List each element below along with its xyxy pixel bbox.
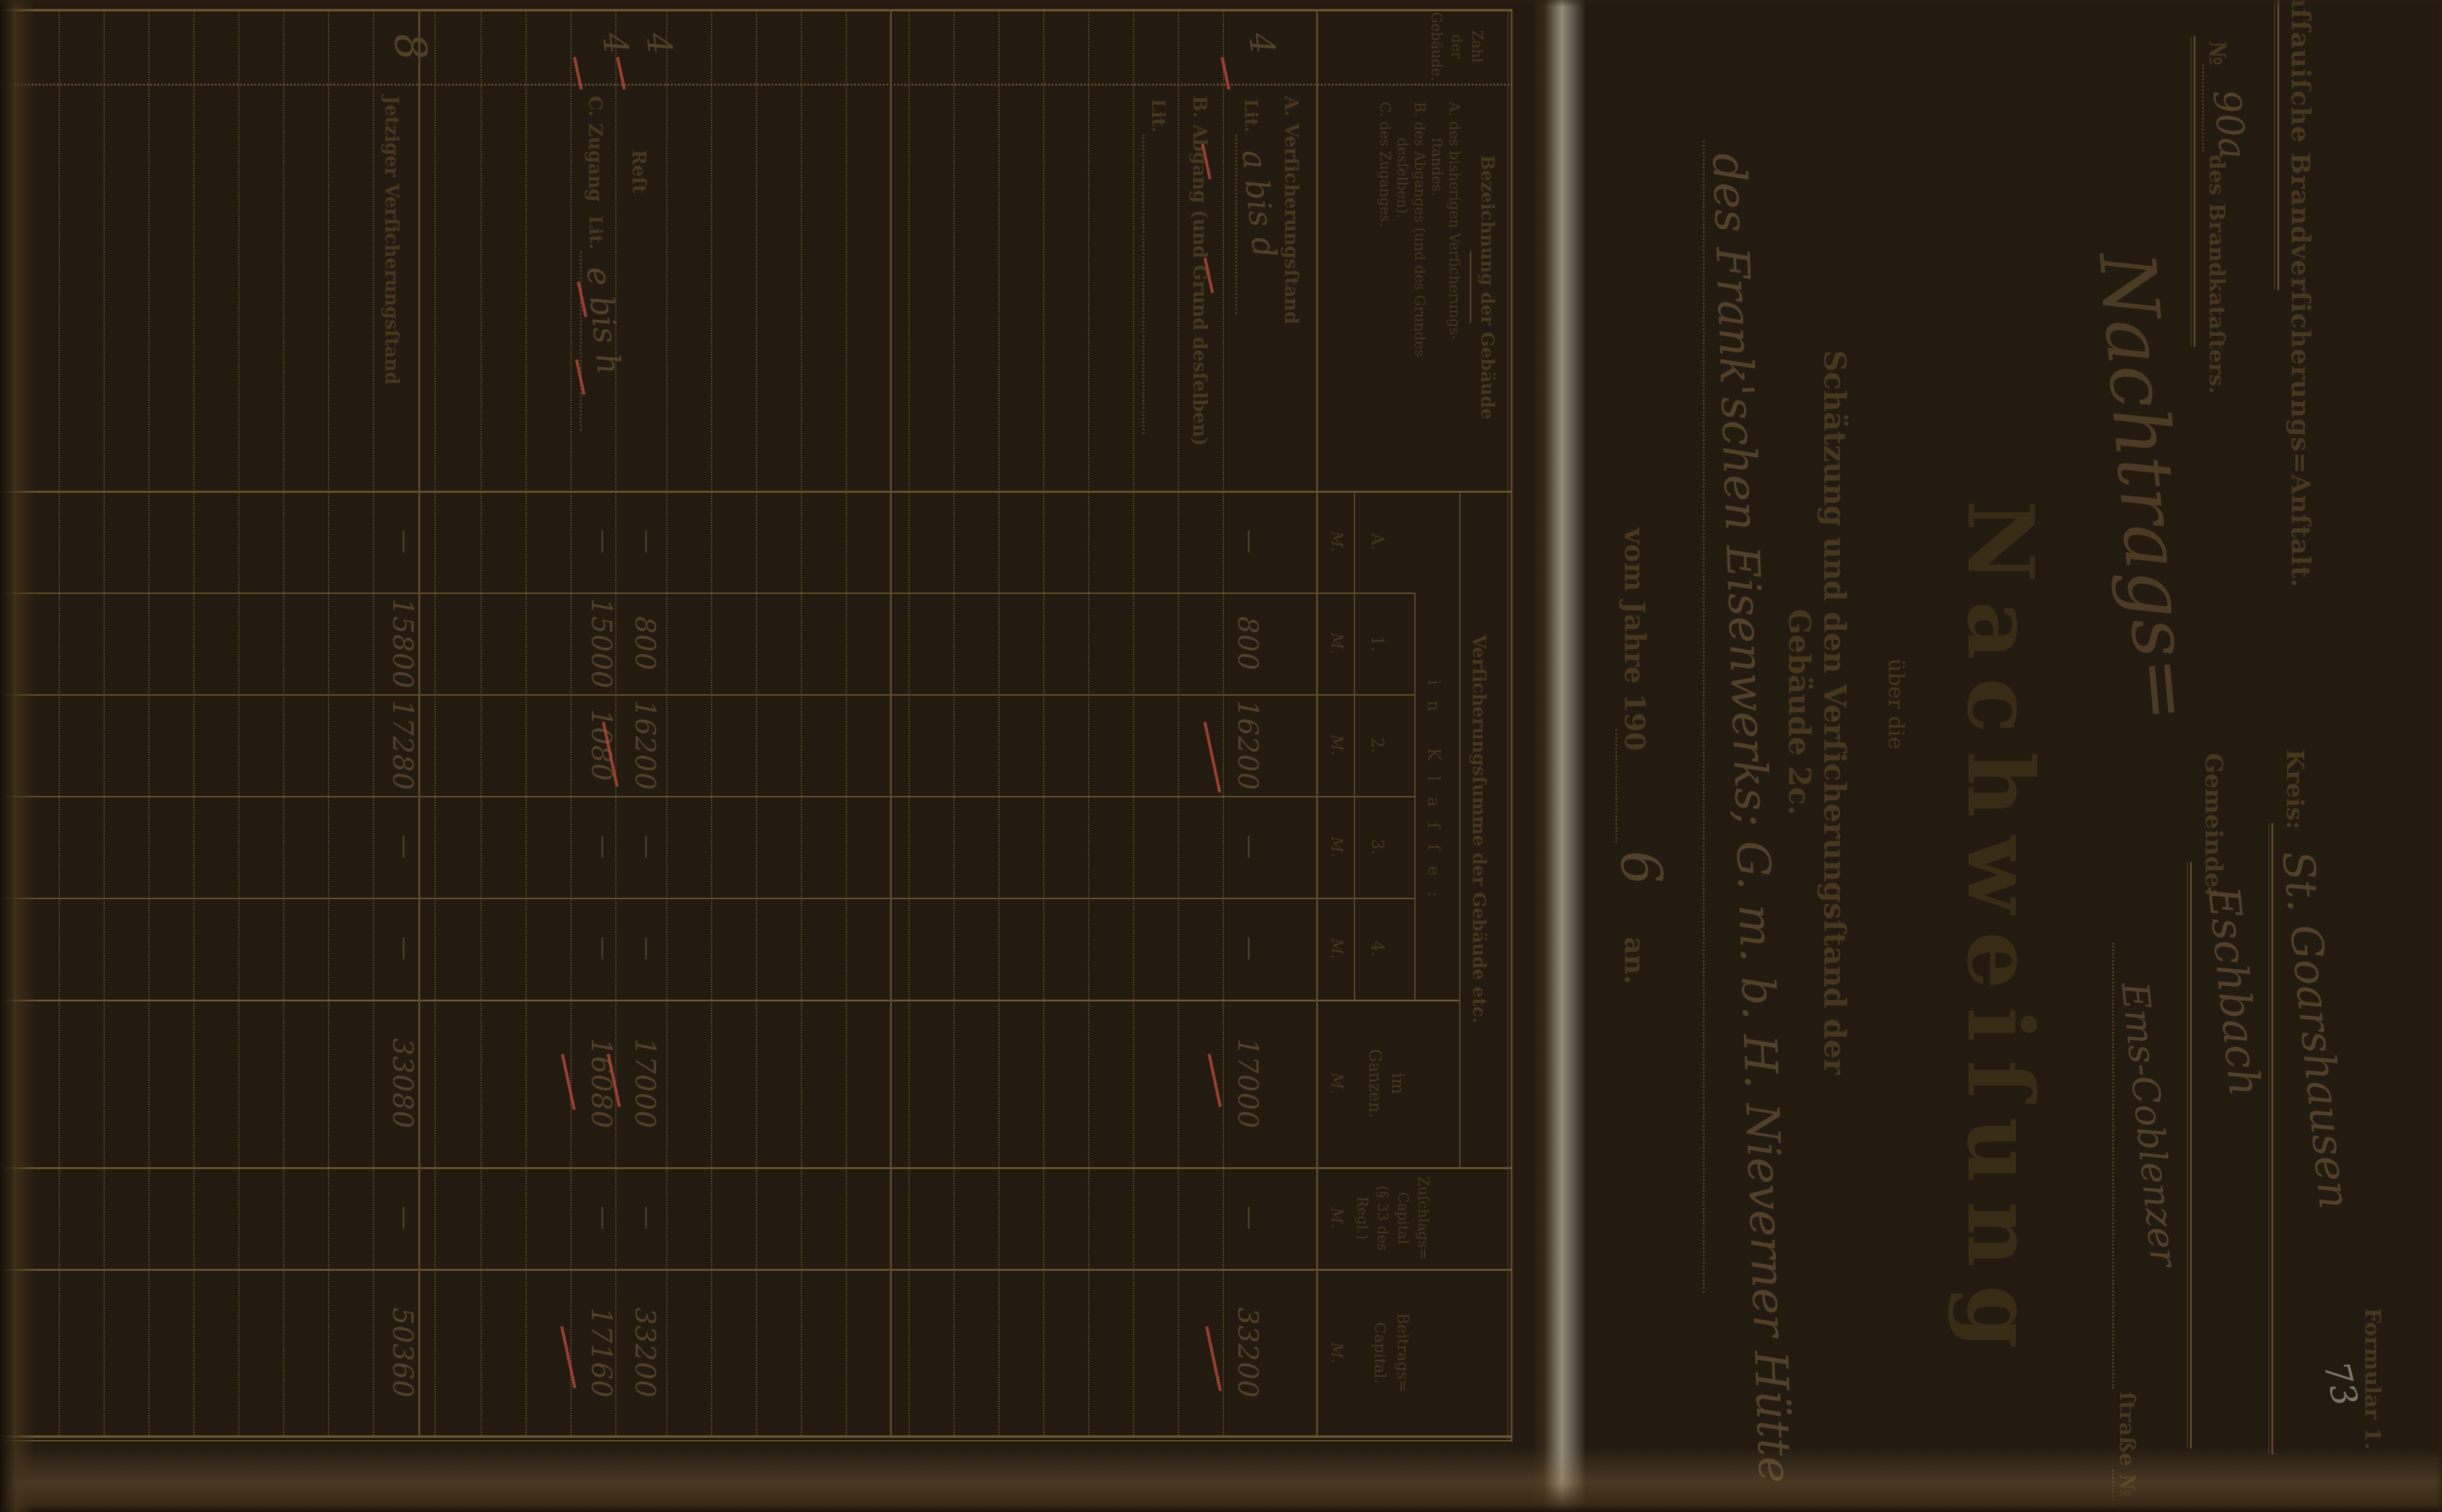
row-dotted-line (1088, 9, 1089, 1435)
vom-jahre-post: an. (1618, 937, 1651, 984)
lit-dotted-line (1143, 135, 1144, 434)
row-dotted-line (666, 9, 667, 1435)
row-dotted-line (526, 9, 527, 1435)
klasse-underline (1414, 593, 1416, 1000)
row-lit-label: Lit. (1147, 99, 1168, 133)
zuschlag-header: Regl.) (1354, 1167, 1371, 1269)
row-dotted-line (59, 9, 60, 1435)
in-klasse-header: in Klaſſe: (1424, 617, 1444, 976)
brandkataster-no-label: № (2204, 41, 2231, 65)
form-sheet: Formular 1. 73 Naſſauiſche Brandverſiche… (0, 0, 2442, 1512)
formular-number: Formular 1. (2360, 1308, 2385, 1450)
row-label-bestand: A. Verſicherungsſtand (1280, 96, 1302, 324)
zahl-handwritten-rest: 4 (638, 31, 679, 56)
photo-of-ledger: Formular 1. 73 Naſſauiſche Brandverſiche… (0, 0, 2442, 1512)
value-rest-col6: — (634, 1152, 661, 1284)
class-column-border (0, 796, 1416, 797)
class-column-number: 2. (1368, 721, 1387, 769)
nachtrag-script: Nachtrags= (2081, 248, 2211, 725)
value-bestand-col7: 33200 (1232, 1287, 1264, 1419)
value-rest-col4: — (634, 883, 661, 1015)
zuschlag-header: Zuſchlags= (1415, 1167, 1432, 1269)
photo-edge-left (0, 0, 2442, 7)
bezeichnung-header-line: B. des Abganges (und des Grundes (1411, 102, 1428, 357)
row-dotted-line (435, 9, 436, 1435)
row-dotted-line (801, 9, 802, 1435)
column-border (0, 1440, 1512, 1441)
book-edge-bottom (0, 0, 35, 1512)
value-bestand-col6: — (1237, 1152, 1264, 1284)
value-jetziger-col6: — (391, 1152, 419, 1284)
class-column-number: A. (1368, 518, 1387, 566)
ganzen-header: Ganzen. (1365, 1006, 1385, 1161)
bezeichnung-header-line: C. des Zuganges. (1377, 102, 1393, 227)
red-check-mark (1208, 1053, 1222, 1107)
class-column-border (0, 898, 1416, 899)
number-row-underline (1354, 491, 1355, 1000)
zahl-column-header: der (1448, 8, 1465, 86)
sum-header-underline (1459, 491, 1460, 1167)
row-label-zugang: C. Zugang (584, 96, 606, 202)
value-zugang-col7: 17160 (585, 1287, 618, 1419)
photo-edge-top (2436, 0, 2442, 1512)
zahl-handwritten-zugang: 4 (594, 31, 635, 56)
section-border (890, 9, 892, 1435)
zahl-handwritten-jetziger: 8 (384, 31, 437, 63)
row-dotted-line (909, 9, 910, 1435)
title-sub2: Schätzung und den Verſicherungsſtand der… (1782, 287, 1852, 1137)
value-rest-col7: 33200 (629, 1287, 661, 1419)
class-column-unit: M. (1328, 620, 1345, 667)
bezeichnung-column-header: Bezeichnung der Gebäude (1477, 90, 1498, 485)
class-column-unit: M. (1328, 518, 1345, 566)
zuschlag-header: (§ 33 des (1374, 1167, 1391, 1269)
row-dotted-line (481, 9, 482, 1435)
zahl-column-header: Zahl (1469, 8, 1486, 86)
bezeichnung-header-line: ſtandes. (1429, 138, 1445, 196)
lit-handwritten-value: e bis h (579, 265, 628, 376)
red-check-mark (1204, 722, 1222, 793)
jahr-dots (1615, 729, 1617, 843)
value-jetziger-col5: 33080 (387, 1018, 419, 1149)
row-dotted-line (104, 9, 105, 1435)
kreis-value: St. Goarshausen (2273, 848, 2360, 1211)
row-dotted-line (570, 9, 572, 1435)
value-bestand-col4: — (1237, 883, 1264, 1015)
row-lit-label: Lit. (585, 215, 606, 250)
class-column-unit: M. (1328, 721, 1345, 769)
class-column-number: 1. (1368, 620, 1387, 667)
table-top-border (1511, 9, 1512, 1440)
vom-jahre-pre: vom Jahre 190 (1618, 528, 1651, 751)
pencil-page-number: 73 (2316, 1358, 2366, 1410)
bezeichnung-header-line: desſelben). (1394, 138, 1411, 218)
brandkataster-no-value: 90a (2204, 88, 2255, 162)
gemeinde-label: Gemeinde: (2200, 753, 2228, 897)
row-dotted-line (1043, 9, 1044, 1435)
red-check-mark (1205, 1326, 1222, 1392)
brandkataster-suffix: des Brandkataſters. (2204, 154, 2230, 394)
value-bestand-col5: 17000 (1232, 1018, 1264, 1149)
row-dotted-line (373, 9, 374, 1435)
zuschlag-unit: M. (1328, 1167, 1345, 1269)
red-check-mark (560, 1326, 576, 1389)
page-edge-right (0, 1447, 2442, 1512)
beitrag-unit: M. (1328, 1272, 1345, 1434)
row-dotted-line (148, 9, 150, 1435)
row-dotted-line (328, 9, 329, 1435)
institution-underline (2277, 0, 2279, 290)
red-check-mark (561, 1054, 576, 1110)
lit-handwritten-value: a bis d (1235, 148, 1284, 259)
page-fold (1532, 0, 1586, 1512)
row-dotted-line (1133, 9, 1134, 1435)
class-column-border (0, 694, 1416, 696)
ganzen-header: im (1388, 1006, 1408, 1161)
class-column-unit: M. (1328, 823, 1345, 871)
brandkataster-underline (2194, 36, 2195, 347)
class-column-number: 4. (1368, 925, 1387, 973)
column-border (0, 1435, 1512, 1438)
value-jetziger-col7: 50360 (387, 1287, 419, 1419)
value-zugang-col6: — (590, 1152, 618, 1284)
owner-line-dots (1703, 141, 1705, 1293)
class-column-number: 3. (1368, 823, 1387, 871)
zahl-column-header: Gebäude. (1428, 8, 1445, 86)
row-dotted-line (846, 9, 847, 1435)
beitrag-header: Beitrags= (1393, 1272, 1411, 1434)
institution-name: Naſſauiſche Brandverſicherungs=Anſtalt. (2285, 0, 2315, 588)
row-dotted-line (711, 9, 712, 1435)
row-dotted-line (283, 9, 284, 1435)
title-sub1: über die (1884, 658, 1908, 749)
value-zugang-col4: — (590, 883, 618, 1015)
row-dotted-line (756, 9, 757, 1435)
class-column-unit: M. (1328, 925, 1345, 973)
row-label-jetziger: Jetziger Verſicherungsſtand (381, 96, 402, 385)
value-jetziger-col4: — (391, 883, 419, 1015)
ganzen-unit: M. (1328, 1006, 1345, 1161)
row-dotted-line (953, 9, 955, 1435)
bezeichnung-header-rule (1470, 251, 1471, 323)
header-bottom-border (1316, 9, 1318, 1435)
row-dotted-line (998, 9, 1000, 1435)
main-title: Nachweiſung (1947, 500, 2054, 1367)
row-dotted-line (1178, 9, 1179, 1435)
brandkataster-dots (2202, 65, 2204, 151)
gemeinde-rule (2190, 862, 2192, 1449)
gemeinde-value: Eschbach (2198, 884, 2270, 1099)
row-lit-label: Lit. (1240, 99, 1261, 133)
bezeichnung-header-line: A. des bisherigen Verſicherungs- (1446, 102, 1463, 340)
class-column-border (0, 593, 1416, 594)
sum-spanning-header: Verſicherungsſumme der Gebäude etc. (1468, 500, 1489, 1158)
strasse-dots (2112, 943, 2114, 1389)
value-rest-col5: 17000 (629, 1018, 661, 1149)
kreis-rule (2271, 823, 2273, 1455)
zuschlag-header: Capital (1395, 1167, 1411, 1269)
jahr-value: 6 (1607, 847, 1675, 888)
row-dotted-line (1223, 9, 1224, 1435)
row-label-rest: Reſt (628, 150, 649, 193)
row-dotted-line (238, 9, 239, 1435)
row-dotted-line (193, 9, 195, 1435)
beitrag-header: Capital. (1371, 1272, 1389, 1434)
strasse-value: Ems-Coblenzer (2113, 980, 2186, 1268)
kreis-label: Kreis: (2281, 749, 2309, 830)
zahl-handwritten-bestand: 4 (1241, 31, 1281, 56)
